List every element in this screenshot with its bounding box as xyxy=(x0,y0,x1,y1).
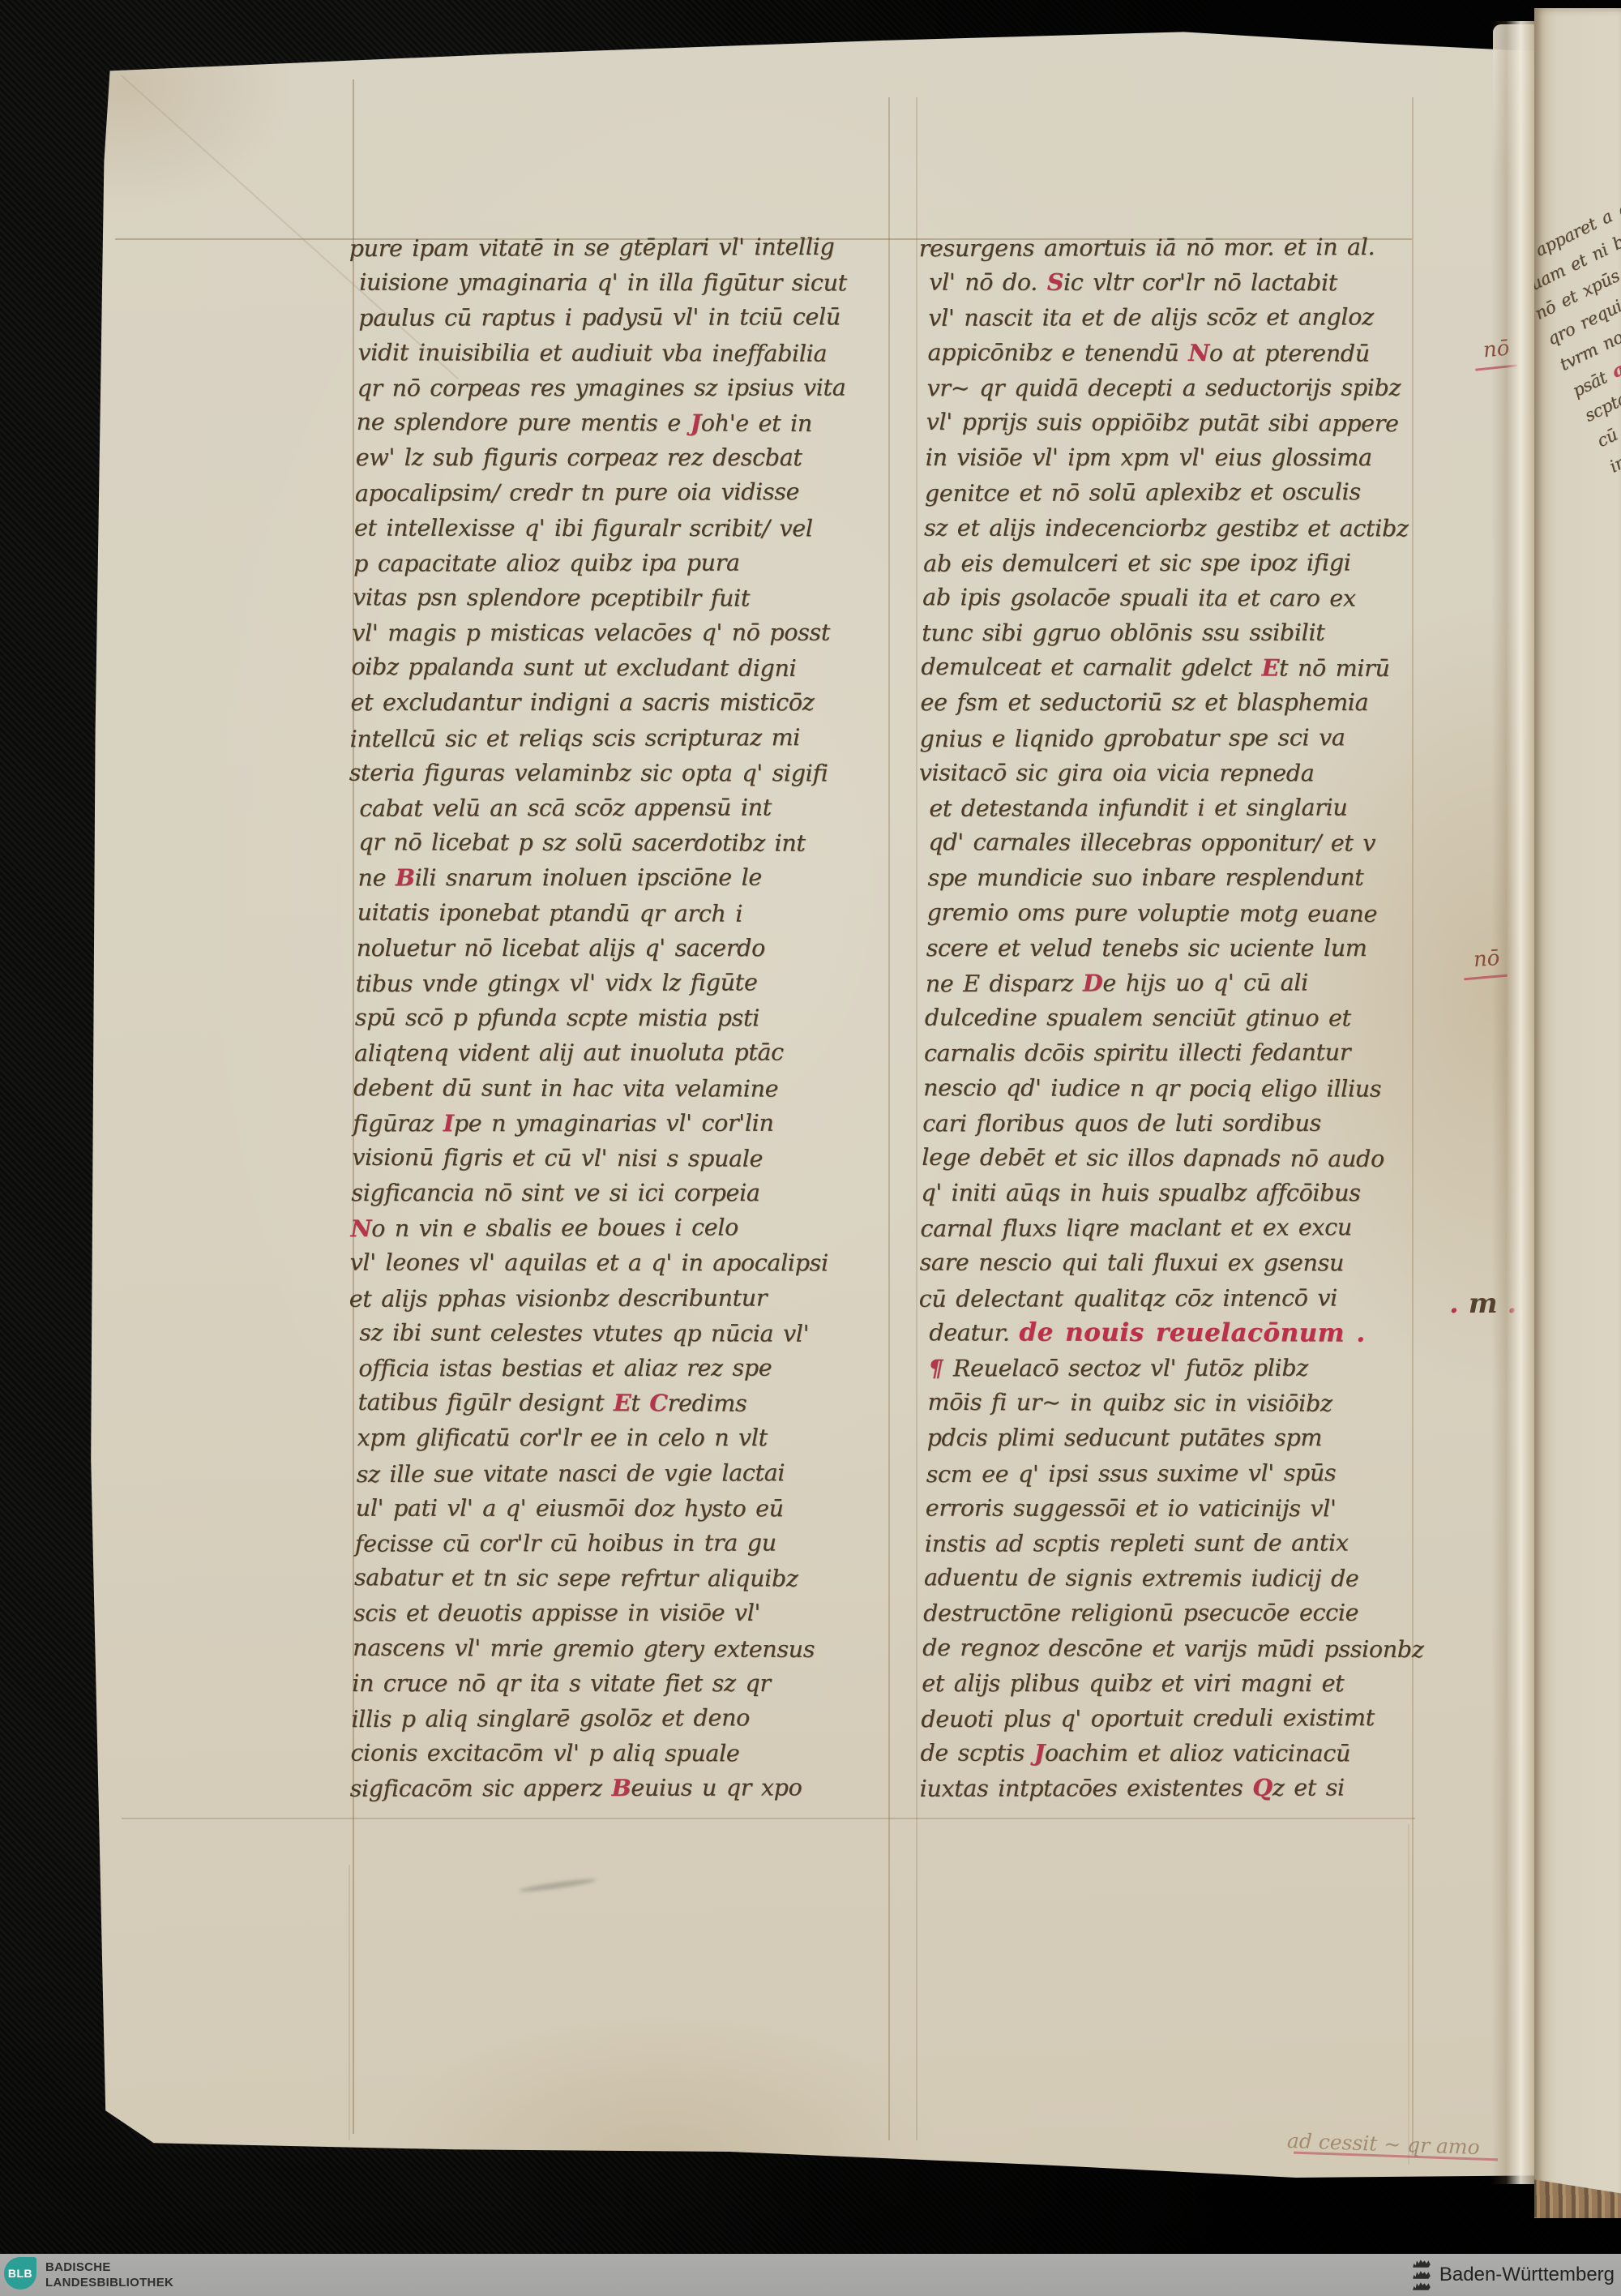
facing-page-text: uē apparet a qsuam et ni bnō et xpūsqro … xyxy=(1534,66,1621,863)
ink-text: apocalipsim/ credr tn pure oia vidisse xyxy=(355,478,799,507)
ink-text: nascens vl' mrie gremio gtery extensus xyxy=(353,1634,815,1662)
red-touched-letter: N xyxy=(1188,339,1209,366)
manuscript-line: ew' lz sub figuris corpeaz rez descbat xyxy=(356,440,842,475)
manuscript-line: spe mundicie suo inbare resplendunt xyxy=(927,860,1430,896)
ink-text: et detestanda infundit i et singlariu xyxy=(929,794,1347,821)
manuscript-line: visionū figris et cū vl' nisi s spuale xyxy=(352,1140,838,1176)
manuscript-line: vitas psn splendore pceptibilr fuit xyxy=(353,580,839,616)
manuscript-line: genitce et nō solū aplexibz et osculis xyxy=(925,474,1427,511)
manuscript-line: pure ipam vitatē in se gtēplari vl' inte… xyxy=(349,229,836,266)
manuscript-line: sabatur et tn sic sepe refrtur aliquibz xyxy=(354,1560,840,1596)
ink-text: sabatur et tn sic sepe refrtur aliquibz xyxy=(354,1564,798,1591)
text-column-right: resurgens amortuis iā nō mor. et in al.v… xyxy=(924,230,1426,1806)
manuscript-line: q' initi aūqs in huis spualbz affcōibus xyxy=(921,1176,1423,1210)
ink-text: q' initi aūqs in huis spualbz affcōibus xyxy=(921,1180,1360,1206)
ink-text: carnal fluxs liqre maclant et ex excu xyxy=(920,1214,1352,1242)
manuscript-line: lege debēt et sic illos dapnads nō audo xyxy=(922,1140,1424,1176)
manuscript-line: qd' carnales illecebras opponitur/ et v xyxy=(928,825,1431,861)
manuscript-line: cari floribus quos de luti sordibus xyxy=(922,1105,1425,1141)
manuscript-line: et alijs pphas visionbz describuntur xyxy=(349,1280,836,1317)
manuscript-line: paulus cū raptus i padysū vl' in tciū ce… xyxy=(358,300,845,336)
manuscript-line: vl' nō do. Sic vltr cor'lr nō lactabit xyxy=(929,265,1431,301)
manuscript-line: sigficacōm sic apperz Beuius u qr xpo xyxy=(350,1771,836,1807)
ink-text: et alijs plibus quibz et viri magni et xyxy=(922,1670,1344,1697)
manuscript-line: noluetur nō licebat alijs q' sacerdo xyxy=(357,931,843,966)
ink-text: redims xyxy=(668,1390,747,1416)
manuscript-line: deuoti plus q' oportuit creduli existimt xyxy=(921,1700,1423,1737)
ink-text: oh'e et in xyxy=(701,409,812,437)
red-touched-letter: I xyxy=(443,1109,454,1137)
ink-text: ew' lz sub figuris corpeaz rez descbat xyxy=(356,444,802,471)
ink-text: nescio qd' iudice n qr pociq eligo illiu… xyxy=(923,1074,1381,1102)
manuscript-line: sz ibi sunt celestes vtutes qp nūcia vl' xyxy=(359,1315,845,1351)
manuscript-line: vl' nascit ita et de alijs scōz et anglo… xyxy=(928,300,1431,336)
ink-text: in visiōe vl' ipm xpm vl' eius glossima xyxy=(926,444,1372,471)
rubric-red-heading: de nouis reuelacōnum . xyxy=(1019,1317,1365,1347)
ink-text: noluetur nō licebat alijs q' sacerdo xyxy=(357,935,765,962)
manuscript-line: et intellexisse q' ibi figuralr scribit/… xyxy=(354,510,840,546)
ink-text: destructōne religionū psecucōe eccie xyxy=(923,1600,1358,1627)
ink-text: sz ibi sunt celestes vtutes qp nūcia vl' xyxy=(359,1319,809,1347)
ink-text: instis ad scptis repleti sunt de antix xyxy=(925,1529,1349,1557)
manuscript-line: spū scō p pfunda scpte mistia psti xyxy=(355,1000,841,1036)
manuscript-line: iuisione ymaginaria q' in illa figūtur s… xyxy=(359,265,845,301)
ink-text: ul' pati vl' a q' eiusmōi doz hysto eū xyxy=(356,1494,784,1522)
ink-text: spū scō p pfunda scpte mistia psti xyxy=(355,1004,759,1032)
facing-page-bottom-edge xyxy=(1534,2179,1621,2218)
ink-text: vl' nō do. xyxy=(929,269,1046,296)
ink-text: iuxtas intptacōes existentes xyxy=(920,1775,1253,1802)
manuscript-line: p capacitate alioz quibz ipa pura xyxy=(353,545,840,581)
manuscript-line: steria figuras velaminbz sic opta q' sig… xyxy=(349,755,836,790)
manuscript-line: carnal fluxs liqre maclant et ex excu xyxy=(920,1210,1422,1246)
manuscript-line: tibus vnde gtingx vl' vidx lz figūte xyxy=(356,965,842,1001)
blb-logo-text: BLB xyxy=(8,2267,32,2280)
manuscript-line: resurgens amortuis iā nō mor. et in al. xyxy=(919,229,1422,266)
manuscript-line: destructōne religionū psecucōe eccie xyxy=(923,1596,1426,1631)
ink-text: ne splendore pure mentis e xyxy=(357,409,691,437)
manuscript-line: sz ille sue vitate nasci de vgie lactai xyxy=(357,1454,843,1491)
manuscript-line: pdcis plimi seducunt putātes spm xyxy=(927,1420,1430,1455)
bw-coat-of-arms-icon xyxy=(1412,2259,1431,2291)
text-column-left: pure ipam vitatē in se gtēplari vl' inte… xyxy=(354,230,840,1806)
manuscript-line: erroris suggessōi et io vaticinijs vl' xyxy=(926,1490,1428,1526)
red-touched-letter: B xyxy=(396,864,415,892)
ink-text: ab eis demulceri et sic spe ipoz ifigi xyxy=(923,549,1351,576)
manuscript-line: cionis excitacōm vl' p aliq spuale xyxy=(350,1736,836,1771)
manuscript-line: carnalis dcōis spiritu illecti fedantur xyxy=(924,1035,1426,1072)
ruling-line-intercolumn-b xyxy=(916,97,917,2140)
manuscript-line: in cruce nō qr ita s vitate fiet sz qr xyxy=(352,1666,838,1701)
manuscript-line: ul' pati vl' a q' eiusmōi doz hysto eū xyxy=(356,1490,842,1526)
manuscript-line: et detestanda infundit i et singlariu xyxy=(929,790,1431,826)
manuscript-line: ee fsm et seductoriū sz et blasphemia xyxy=(921,685,1423,720)
ink-text: pure ipam vitatē in se gtēplari vl' inte… xyxy=(349,233,835,262)
ink-text: t nō mirū xyxy=(1279,655,1390,683)
manuscript-line: ne Bili snarum inoluen ipsciōne le xyxy=(357,860,844,896)
manuscript-line: ab ipis gsolacōe spuali ita et caro ex xyxy=(922,580,1425,616)
ink-text: de scptis xyxy=(920,1740,1033,1767)
ink-text: e hijs uo q' cū ali xyxy=(1102,969,1308,996)
ink-text: uitatis iponebat ptandū qr arch i xyxy=(357,898,743,927)
ink-text: et alijs pphas visionbz describuntur xyxy=(349,1284,768,1312)
ink-text: intellcū sic et reliqs scis scripturaz m… xyxy=(350,724,801,752)
manuscript-line: No n vin e sbalis ee boues i celo xyxy=(350,1210,836,1246)
ink-text: mōis fi ur~ in quibz sic in visiōibz xyxy=(927,1389,1332,1417)
crease-vertical-bottom-left xyxy=(349,1865,350,2140)
ink-text: scm ee q' ipsi ssus suxime vl' spūs xyxy=(926,1459,1337,1488)
crease-vertical-right xyxy=(1408,1824,1409,2165)
ink-text: ne xyxy=(357,865,395,892)
manuscript-line: officia istas bestias et aliaz rez spe xyxy=(358,1351,845,1386)
manuscript-line: appicōnibz e tenendū No at pterendū xyxy=(927,335,1430,371)
manuscript-line: de regnoz descōne et varijs mūdi pssionb… xyxy=(922,1630,1425,1666)
ink-text: oachim et alioz vaticinacū xyxy=(1045,1740,1350,1767)
manuscript-line: nascens vl' mrie gremio gtery extensus xyxy=(353,1630,839,1666)
ink-text: o at pterendū xyxy=(1209,340,1370,366)
ink-text: cari floribus quos de luti sordibus xyxy=(922,1109,1321,1137)
ink-text: sz ille sue vitate nasci de vgie lactai xyxy=(357,1459,785,1488)
ink-text: qr nō corpeas res ymagines sz ipsius vit… xyxy=(357,374,846,401)
ink-text: qr nō licebat p sz solū sacerdotibz int xyxy=(358,829,805,856)
manuscript-line: gremio oms pure voluptie motg euane xyxy=(927,894,1430,931)
manuscript-line: scis et deuotis appisse in visiōe vl' xyxy=(353,1596,840,1631)
manuscript-line: scm ee q' ipsi ssus suxime vl' spūs xyxy=(926,1454,1429,1491)
ink-text: debent dū sunt in hac vita velamine xyxy=(353,1074,778,1102)
ink-text: lege debēt et sic illos dapnads nō audo xyxy=(922,1144,1384,1172)
ink-text: aduentu de signis extremis iudicij de xyxy=(924,1564,1359,1591)
manuscript-line: tunc sibi ggruo oblōnis ssu ssibilit xyxy=(922,615,1424,651)
ink-text: tatibus figūlr designt xyxy=(357,1389,614,1416)
manuscript-line: vidit inuisibilia et audiuit vba ineffab… xyxy=(357,335,844,371)
manuscript-line: qr nō licebat p sz solū sacerdotibz int xyxy=(358,825,845,861)
red-touched-letter: D xyxy=(1083,969,1103,996)
manuscript-line: intellcū sic et reliqs scis scripturaz m… xyxy=(350,720,836,756)
manuscript-line: scere et velud tenebs sic uciente lum xyxy=(926,931,1429,966)
manuscript-line: illis p aliq singlarē gsolōz et deno xyxy=(351,1700,837,1737)
ink-text: sigficancia nō sint ve si ici corpeia xyxy=(351,1180,759,1206)
manuscript-line: aliqtenq vident alij aut inuoluta ptāc xyxy=(354,1035,840,1072)
ink-text: fecisse cū cor'lr cū hoibus in tra gu xyxy=(355,1529,776,1557)
library-name: BADISCHE LANDESBIBLIOTHEK xyxy=(45,2260,173,2290)
manuscript-line: visitacō sic gira oia vicia repneda xyxy=(919,755,1422,790)
footer-bar: BLB BADISCHE LANDESBIBLIOTHEK Baden-Würt… xyxy=(0,2254,1621,2296)
manuscript-line: figūraz Ipe n ymaginarias vl' cor'lin xyxy=(353,1105,839,1141)
ink-text: officia istas bestias et aliaz rez spe xyxy=(358,1355,772,1382)
ink-text: sare nescio qui tali fluxui ex gsensu xyxy=(920,1249,1344,1277)
ink-text: spe mundicie suo inbare resplendunt xyxy=(927,864,1363,892)
manuscript-line: ne splendore pure mentis e Joh'e et in xyxy=(357,405,843,441)
ink-text: cionis excitacōm vl' p aliq spuale xyxy=(350,1740,739,1767)
manuscript-line: iuxtas intptacōes existentes Qz et si xyxy=(920,1770,1422,1806)
manuscript-line: qr nō corpeas res ymagines sz ipsius vit… xyxy=(357,370,844,405)
red-touched-letter: E xyxy=(1262,654,1280,682)
ink-text: visitacō sic gira oia vicia repneda xyxy=(919,759,1315,786)
ink-text: gnius e liqnido gprobatur spe sci va xyxy=(920,724,1345,752)
manuscript-line: mōis fi ur~ in quibz sic in visiōibz xyxy=(927,1385,1430,1421)
ink-text: Reuelacō sectoz vl' futōz plibz xyxy=(953,1355,1308,1382)
ink-text: o n vin e sbalis ee boues i celo xyxy=(371,1214,738,1243)
ink-text: steria figuras velaminbz sic opta q' sig… xyxy=(349,759,828,786)
manuscript-line: tatibus figūlr designt Et Credims xyxy=(357,1385,844,1421)
red-touched-letter: S xyxy=(1047,268,1063,296)
manuscript-line: ab eis demulceri et sic spe ipoz ifigi xyxy=(923,545,1426,581)
ink-text: ic vltr cor'lr nō lactabit xyxy=(1063,269,1337,296)
ink-text: et excludantur indigni a sacris misticōz xyxy=(351,689,815,716)
ink-text: tunc sibi ggruo oblōnis ssu ssibilit xyxy=(922,619,1324,647)
manuscript-line: vl' leones vl' aquilas et a q' in apocal… xyxy=(350,1245,836,1281)
ink-text: genitce et nō solū aplexibz et osculis xyxy=(925,478,1361,507)
manuscript-line: apocalipsim/ credr tn pure oia vidisse xyxy=(355,474,841,511)
red-touched-letter: . xyxy=(1449,1287,1469,1320)
manuscript-line: uitatis iponebat ptandū qr arch i xyxy=(357,894,844,931)
ink-text: appicōnibz e tenendū xyxy=(927,339,1188,366)
manuscript-line: fecisse cū cor'lr cū hoibus in tra gu xyxy=(355,1525,841,1561)
manuscript-line: vr~ qr quidā decepti a seductorijs spibz xyxy=(927,370,1430,405)
ruling-line-intercolumn-a xyxy=(888,97,890,2140)
ink-text: de regnoz descōne et varijs mūdi pssionb… xyxy=(922,1634,1423,1662)
ink-text: vidit inuisibilia et audiuit vba ineffab… xyxy=(357,339,827,366)
ink-text: gremio oms pure voluptie motg euane xyxy=(927,898,1378,927)
library-name-line2: LANDESBIBLIOTHEK xyxy=(45,2275,173,2290)
red-touched-letter: B xyxy=(612,1774,631,1801)
ink-text: sigficacōm sic apperz xyxy=(350,1775,612,1802)
ink-text: resurgens amortuis iā nō mor. et in al. xyxy=(919,233,1375,262)
manuscript-line: aduentu de signis extremis iudicij de xyxy=(924,1560,1426,1596)
ink-text: ili snarum inoluen ipsciōne le xyxy=(415,864,762,892)
manuscript-line: dulcedine spualem senciūt gtinuo et xyxy=(925,1000,1427,1036)
manuscript-line: instis ad scptis repleti sunt de antix xyxy=(925,1525,1427,1561)
ink-text: illis p aliq singlarē gsolōz et deno xyxy=(351,1704,750,1733)
manuscript-line: vl' magis p misticas velacōes q' nō poss… xyxy=(352,615,838,651)
ink-text: ab ipis gsolacōe spuali ita et caro ex xyxy=(922,584,1356,611)
manuscript-line: debent dū sunt in hac vita velamine xyxy=(353,1070,840,1107)
manuscript-line: gnius e liqnido gprobatur spe sci va xyxy=(920,719,1422,756)
ink-text: euius u qr xpo xyxy=(631,1775,802,1802)
red-touched-letter: E xyxy=(614,1389,631,1416)
red-touched-letter: J xyxy=(1034,1739,1045,1767)
ink-text: ee fsm et seductoriū sz et blasphemia xyxy=(921,689,1369,716)
ink-text: xpm glificatū cor'lr ee in celo n vlt xyxy=(357,1424,768,1451)
ruling-line-bottom xyxy=(122,1818,1415,1819)
ink-text: paulus cū raptus i padysū vl' in tciū ce… xyxy=(358,304,840,332)
red-touched-letter: Q xyxy=(1252,1774,1272,1801)
ink-text: vl' nascit ita et de alijs scōz et anglo… xyxy=(928,304,1373,332)
ink-text: oibz ppalanda sunt ut excludant digni xyxy=(351,653,796,682)
red-touched-letter: J xyxy=(691,409,701,436)
ink-text: tibus vnde gtingx vl' vidx lz figūte xyxy=(356,969,758,997)
facing-page-edge: uē apparet a qsuam et ni bnō et xpūsqro … xyxy=(1534,8,1621,2218)
manuscript-line: sigficancia nō sint ve si ici corpeia xyxy=(351,1176,837,1210)
manuscript-line: demulceat et carnalit gdelct Et nō mirū xyxy=(921,649,1423,686)
ink-text: figūraz xyxy=(353,1110,443,1137)
ink-text: vitas psn splendore pceptibilr fuit xyxy=(353,584,750,611)
ink-text: scere et velud tenebs sic uciente lum xyxy=(926,935,1367,962)
red-touched-letter: ¶ xyxy=(928,1354,953,1381)
ink-text: vr~ qr quidā decepti a seductorijs spibz xyxy=(927,374,1401,401)
ink-text: et intellexisse q' ibi figuralr scribit/… xyxy=(354,514,813,542)
ink-text: pe n ymaginarias vl' cor'lin xyxy=(454,1109,774,1136)
red-touched-letter: C xyxy=(649,1389,668,1416)
manuscript-line: vl' pprijs suis oppiōibz putāt sibi appe… xyxy=(926,405,1429,441)
ink-text: pdcis plimi seducunt putātes spm xyxy=(927,1424,1323,1451)
ink-text: p capacitate alioz quibz ipa pura xyxy=(353,549,740,576)
ink-text: vl' leones vl' aquilas et a q' in apocal… xyxy=(350,1249,828,1277)
ink-text: iuisione ymaginaria q' in illa figūtur s… xyxy=(359,269,847,297)
manuscript-line: deatur. de nouis reuelacōnum . xyxy=(929,1315,1431,1351)
manuscript-line: cū delectant qualitqz cōz intencō vi xyxy=(919,1280,1422,1317)
red-touched-letter: N xyxy=(350,1214,371,1242)
digitized-manuscript-photo: pure ipam vitatē in se gtēplari vl' inte… xyxy=(0,0,1621,2296)
ink-text: t xyxy=(631,1390,649,1416)
ink-text: vl' pprijs suis oppiōibz putāt sibi appe… xyxy=(926,409,1399,437)
ink-text: dulcedine spualem senciūt gtinuo et xyxy=(925,1004,1351,1032)
ink-text: demulceat et carnalit gdelct xyxy=(921,653,1261,682)
ink-text: deuoti plus q' oportuit creduli existimt xyxy=(921,1704,1375,1733)
ink-text: scis et deuotis appisse in visiōe vl' xyxy=(353,1600,760,1627)
state-branding: Baden-Württemberg xyxy=(1412,2254,1615,2296)
manuscript-line: et alijs plibus quibz et viri magni et xyxy=(922,1666,1424,1701)
ink-text: erroris suggessōi et io vaticinijs vl' xyxy=(926,1494,1337,1522)
manuscript-line: ¶ Reuelacō sectoz vl' futōz plibz xyxy=(928,1351,1431,1386)
manuscript-line: et excludantur indigni a sacris misticōz xyxy=(351,685,837,720)
ink-text: aliqtenq vident alij aut inuoluta ptāc xyxy=(354,1039,784,1067)
ink-text: ne E disparz xyxy=(926,970,1083,997)
ink-text: carnalis dcōis spiritu illecti fedantur xyxy=(924,1039,1350,1067)
manuscript-line: nescio qd' iudice n qr pociq eligo illiu… xyxy=(923,1070,1426,1107)
manuscript-line: oibz ppalanda sunt ut excludant digni xyxy=(351,649,837,686)
manuscript-line: in visiōe vl' ipm xpm vl' eius glossima xyxy=(926,440,1428,475)
manuscript-line: ne E disparz De hijs uo q' cū ali xyxy=(926,965,1428,1001)
ink-text: z et si xyxy=(1272,1775,1345,1801)
ink-text: cū delectant qualitqz cōz intencō vi xyxy=(919,1284,1337,1312)
ink-text: visionū figris et cū vl' nisi s spuale xyxy=(352,1144,763,1172)
ink-text: sz et alijs indecenciorbz gestibz et act… xyxy=(924,514,1409,542)
manuscript-line: de scptis Joachim et alioz vaticinacū xyxy=(920,1736,1422,1771)
ink-text: vl' magis p misticas velacōes q' nō poss… xyxy=(352,619,830,647)
manuscript-line: sz et alijs indecenciorbz gestibz et act… xyxy=(924,510,1426,546)
ink-text: cabat velū an scā scōz appensū int xyxy=(359,794,772,821)
ink-text: deatur. xyxy=(929,1319,1019,1346)
manuscript-line: sare nescio qui tali fluxui ex gsensu xyxy=(920,1245,1422,1281)
ink-text: qd' carnales illecebras opponitur/ et v xyxy=(928,829,1375,856)
manuscript-line: xpm glificatū cor'lr ee in celo n vlt xyxy=(357,1420,844,1455)
state-label: Baden-Württemberg xyxy=(1439,2264,1615,2286)
ink-text: in cruce nō qr ita s vitate fiet sz qr xyxy=(352,1670,770,1697)
blb-logo: BLB xyxy=(4,2257,36,2290)
library-name-line1: BADISCHE xyxy=(45,2260,173,2275)
manuscript-line: cabat velū an scā scōz appensū int xyxy=(359,790,845,826)
